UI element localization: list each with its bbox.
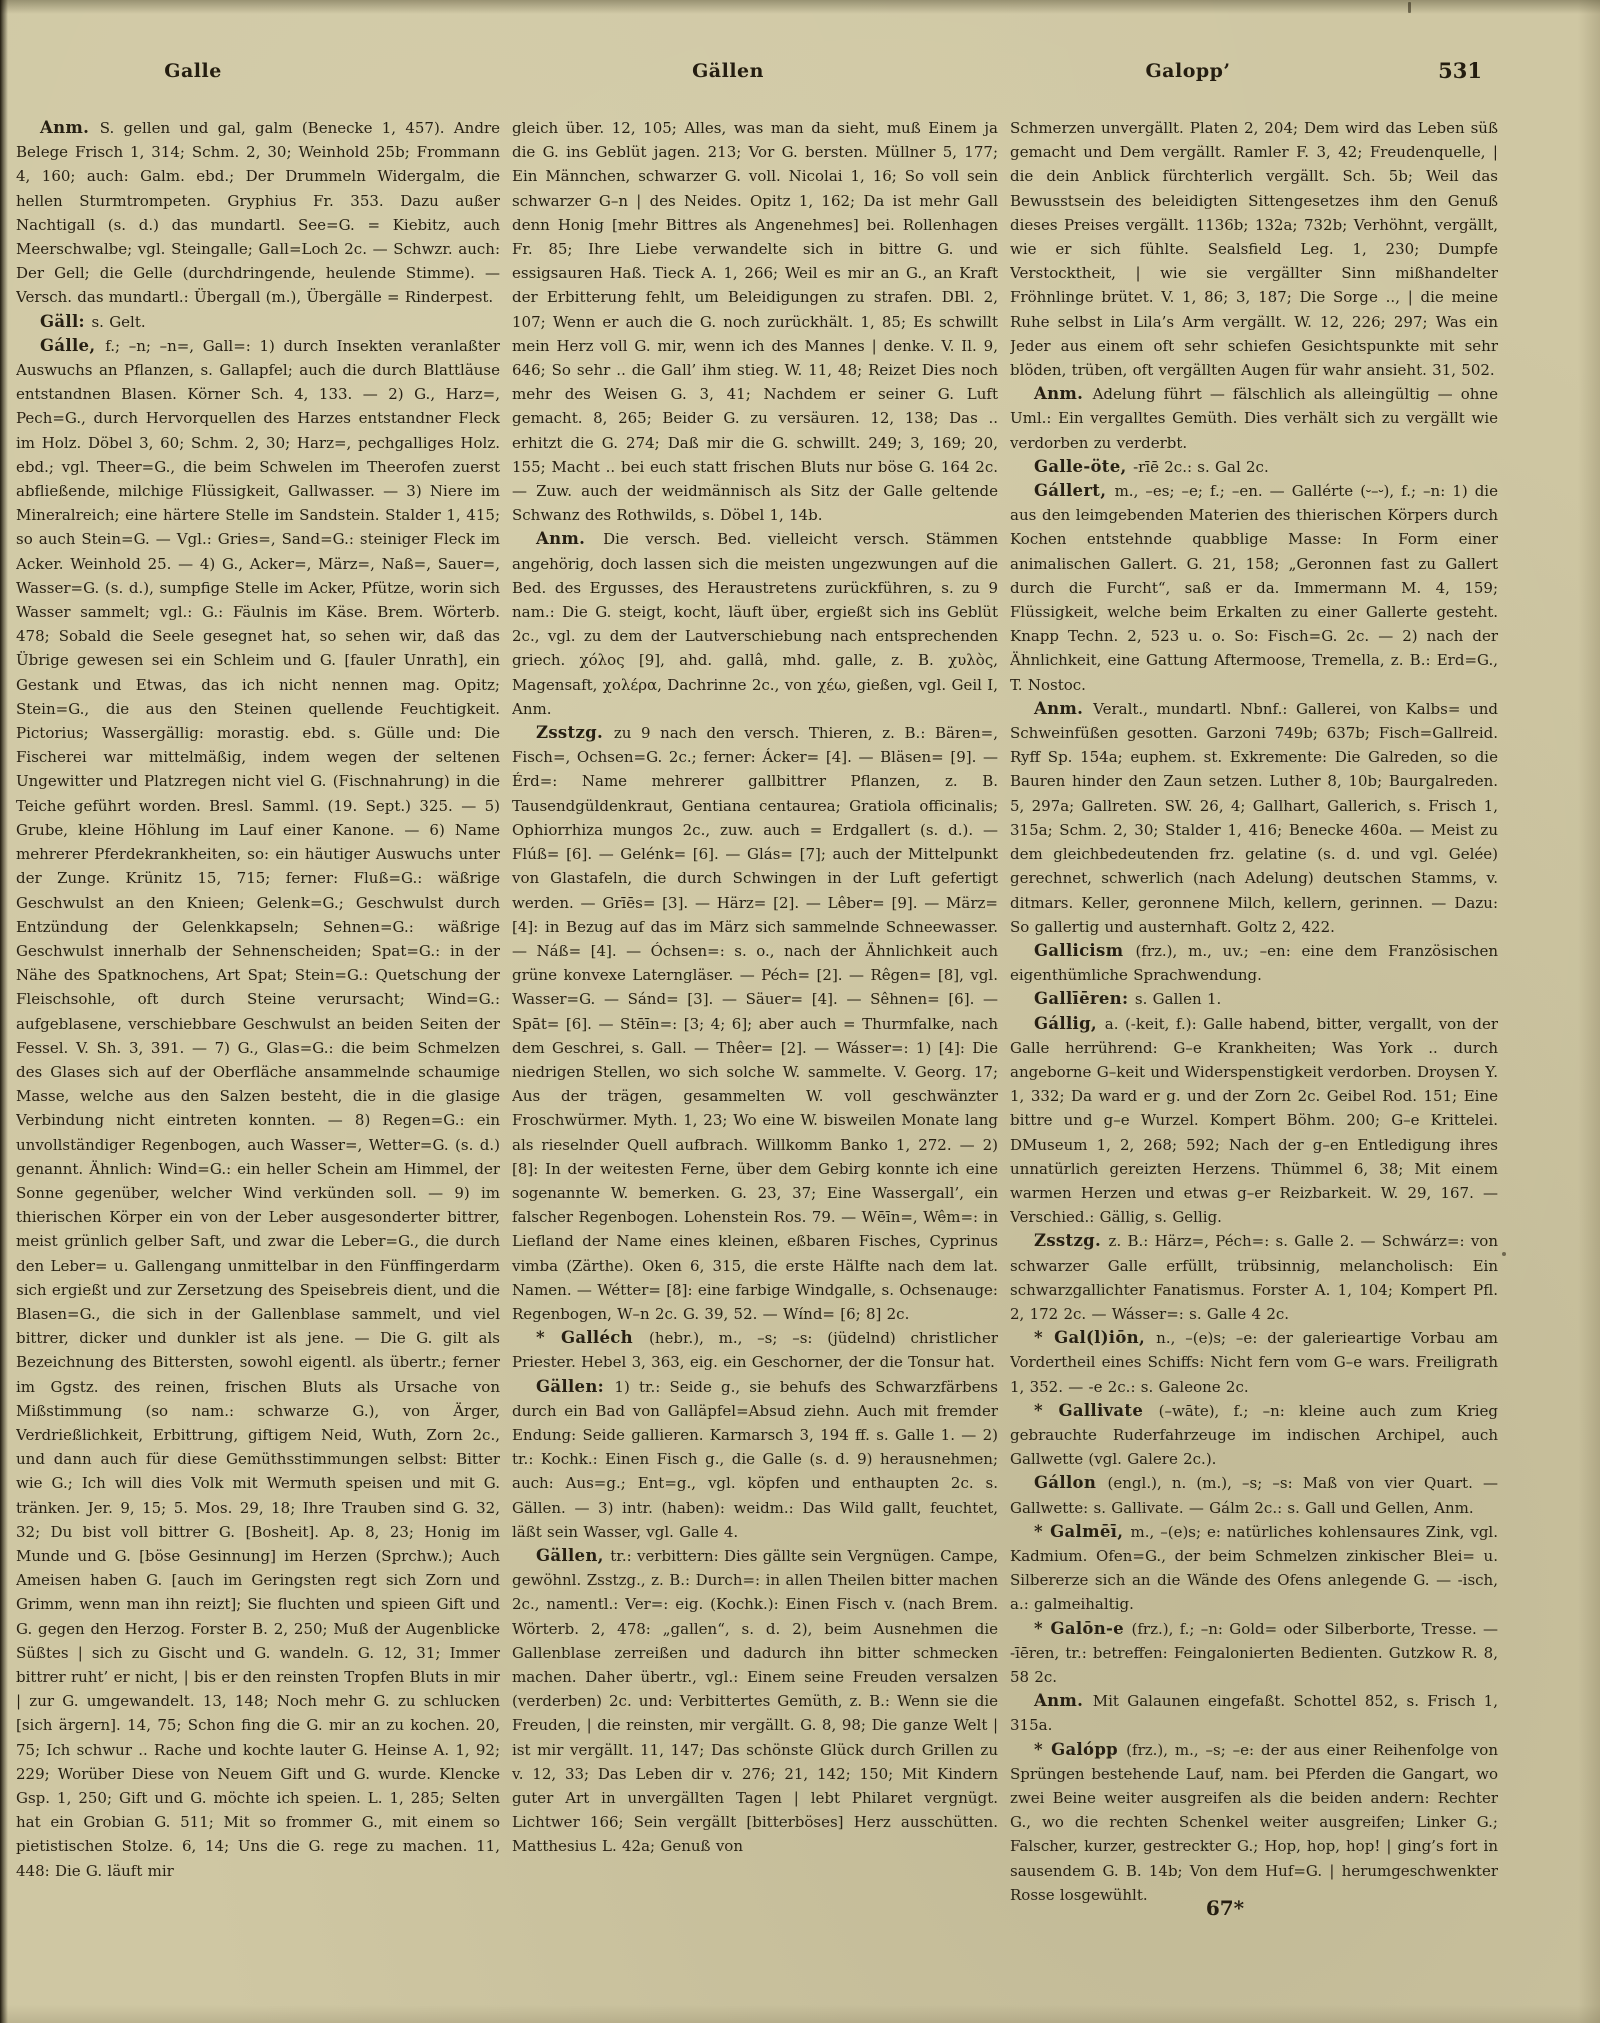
paragraph: * Galléch (hebr.), m., –s; –s: (jüdelnd)… (512, 1326, 998, 1374)
entry-headword: Gallicism (1034, 941, 1135, 960)
entry-headword: Gálle, (40, 336, 105, 355)
paragraph: Anm. Mit Galaunen eingefaßt. Schottel 85… (1010, 1689, 1498, 1737)
entry-headword: * Galōn-e (1034, 1619, 1132, 1638)
entry-headword: Gällen, (536, 1546, 610, 1565)
signature-mark: 67* (1135, 1896, 1315, 1920)
entry-headword: Gällen: (536, 1377, 614, 1396)
entry-headword: * Gallivate (1034, 1401, 1159, 1420)
page-number: 531 (1392, 58, 1482, 83)
entry-headword: Anm. (1034, 384, 1093, 403)
paragraph: Anm. Adelung führt — fälschlich als alle… (1010, 382, 1498, 455)
text-column-3: Schmerzen unvergällt. Platen 2, 204; Dem… (1010, 116, 1498, 1911)
paragraph: Zsstzg. zu 9 nach den versch. Thieren, z… (512, 721, 998, 1326)
entry-headword: * Galléch (536, 1328, 649, 1347)
entry-headword: Gállon (1034, 1473, 1108, 1492)
paragraph: Gäll: s. Gelt. (16, 310, 500, 334)
entry-headword: * Galópp (1034, 1740, 1126, 1759)
paragraph: * Galōn-e (frz.), f.; –n: Gold= oder Sil… (1010, 1617, 1498, 1690)
entry-headword: Galle-öte, (1034, 457, 1133, 476)
dictionary-page: Galle Gällen Galopp’ 531 Anm. S. gellen … (0, 0, 1600, 2023)
entry-headword: Gallīēren: (1034, 989, 1135, 1008)
paragraph: gleich über. 12, 105; Alles, was man da … (512, 116, 998, 527)
paragraph: Gállon (engl.), n. (m.), –s; –s: Maß von… (1010, 1471, 1498, 1519)
running-head-center: Gällen (648, 60, 808, 90)
paragraph: Gállert, m., –es; –e; f.; –en. — Gallért… (1010, 479, 1498, 697)
paragraph: * Gallivate (–wāte), f.; –n: kleine auch… (1010, 1399, 1498, 1472)
paragraph: Anm. Veralt., mundartl. Nbnf.: Gallerei,… (1010, 697, 1498, 939)
entry-headword: Anm. (1034, 1691, 1093, 1710)
paragraph: * Galópp (frz.), m., –s; –e: der aus ein… (1010, 1738, 1498, 1907)
paragraph: Anm. S. gellen und gal, galm (Benecke 1,… (16, 116, 500, 310)
text-column-2: gleich über. 12, 105; Alles, was man da … (512, 116, 998, 1911)
paragraph: Anm. Die versch. Bed. vielleicht versch.… (512, 527, 998, 721)
text-column-1: Anm. S. gellen und gal, galm (Benecke 1,… (16, 116, 500, 1911)
paragraph: * Galmēī, m., –(e)s; e: natürliches kohl… (1010, 1520, 1498, 1617)
ink-speck (1502, 1252, 1506, 1256)
paragraph: * Gal(l)iōn, n., –(e)s; –e: der galeriea… (1010, 1326, 1498, 1399)
paragraph: Zsstzg. z. B.: Härz=, Péch=: s. Galle 2.… (1010, 1229, 1498, 1326)
paragraph: Gallīēren: s. Gallen 1. (1010, 987, 1498, 1011)
paragraph: Gallicism (frz.), m., uv.; –en: eine dem… (1010, 939, 1498, 987)
paragraph: Galle-öte, -rīē 2c.: s. Gal 2c. (1010, 455, 1498, 479)
paragraph: Gálle, f.; –n; –n=, Gall=: 1) durch Inse… (16, 334, 500, 1883)
entry-headword: * Galmēī, (1034, 1522, 1131, 1541)
entry-headword: Gállert, (1034, 481, 1115, 500)
entry-headword: Gállig, (1034, 1014, 1105, 1033)
running-head-left: Galle (118, 60, 268, 90)
entry-headword: Zsstzg. (536, 723, 614, 742)
entry-headword: Anm. (536, 529, 603, 548)
entry-headword: Gäll: (40, 312, 91, 331)
entry-headword: Anm. (40, 118, 100, 137)
paragraph: Gällen: 1) tr.: Seide g., sie behufs des… (512, 1375, 998, 1544)
paragraph: Gállig, a. (-keit, f.): Galle habend, bi… (1010, 1012, 1498, 1230)
entry-headword: Zsstzg. (1034, 1231, 1109, 1250)
ink-speck (1408, 2, 1411, 13)
paragraph: Gällen, tr.: verbittern: Dies gällte sei… (512, 1544, 998, 1859)
running-head-right: Galopp’ (1108, 60, 1268, 90)
entry-headword: Anm. (1034, 699, 1093, 718)
paragraph: Schmerzen unvergällt. Platen 2, 204; Dem… (1010, 116, 1498, 382)
entry-headword: * Gal(l)iōn, (1034, 1328, 1156, 1347)
